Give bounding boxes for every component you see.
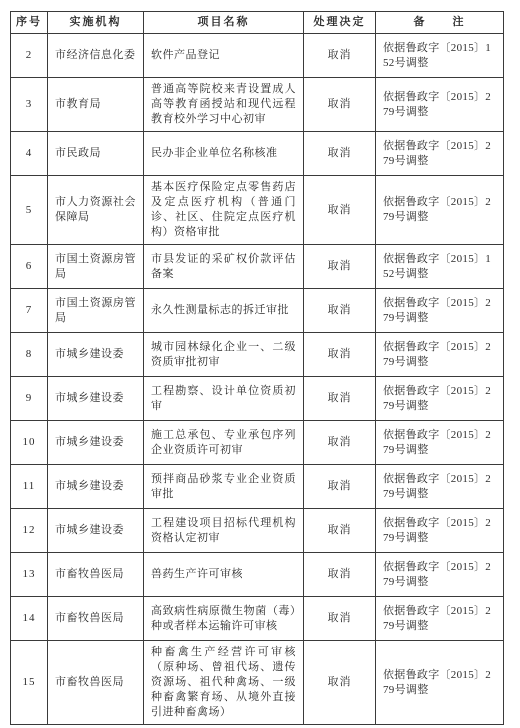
cell-remark: 依据鲁政字〔2015〕279号调整 [376,465,504,509]
cell-index: 10 [11,421,48,465]
cell-index: 5 [11,176,48,245]
col-header-project: 项目名称 [144,12,304,34]
cell-decision: 取消 [304,509,376,553]
cell-project: 市县发证的采矿权价款评估备案 [144,245,304,289]
cell-index: 7 [11,289,48,333]
cell-project: 施工总承包、专业承包序列企业资质许可初审 [144,421,304,465]
cell-index: 14 [11,597,48,641]
cell-index: 4 [11,132,48,176]
cell-index: 12 [11,509,48,553]
col-header-agency: 实施机构 [48,12,144,34]
cell-project: 基本医疗保险定点零售药店及定点医疗机构（普通门诊、社区、住院定点医疗机构）资格审… [144,176,304,245]
cell-remark: 依据鲁政字〔2015〕279号调整 [376,78,504,132]
cell-remark: 依据鲁政字〔2015〕279号调整 [376,597,504,641]
cell-index: 13 [11,553,48,597]
cell-agency: 市国土资源房管局 [48,289,144,333]
cell-agency: 市畜牧兽医局 [48,597,144,641]
cell-agency: 市畜牧兽医局 [48,641,144,725]
cell-agency: 市城乡建设委 [48,509,144,553]
cell-index: 11 [11,465,48,509]
cell-decision: 取消 [304,176,376,245]
cell-decision: 取消 [304,641,376,725]
cell-decision: 取消 [304,289,376,333]
cell-project: 高致病性病原微生物菌（毒）种或者样本运输许可审核 [144,597,304,641]
table-row: 7 市国土资源房管局 永久性测量标志的拆迁审批 取消 依据鲁政字〔2015〕27… [11,289,504,333]
cell-project: 城市园林绿化企业一、二级资质审批初审 [144,333,304,377]
table-row: 10 市城乡建设委 施工总承包、专业承包序列企业资质许可初审 取消 依据鲁政字〔… [11,421,504,465]
table-row: 6 市国土资源房管局 市县发证的采矿权价款评估备案 取消 依据鲁政字〔2015〕… [11,245,504,289]
document-page: 序号 实施机构 项目名称 处理决定 备 注 2 市经济信息化委 软件产品登记 取… [0,0,520,728]
cell-decision: 取消 [304,377,376,421]
cell-decision: 取消 [304,34,376,78]
cell-agency: 市城乡建设委 [48,333,144,377]
cell-remark: 依据鲁政字〔2015〕279号调整 [376,421,504,465]
cell-decision: 取消 [304,132,376,176]
cell-agency: 市畜牧兽医局 [48,553,144,597]
cell-decision: 取消 [304,465,376,509]
cell-project: 软件产品登记 [144,34,304,78]
cell-agency: 市民政局 [48,132,144,176]
cell-project: 种畜禽生产经营许可审核（原种场、曾祖代场、遗传资源场、祖代种禽场、一级种畜禽繁育… [144,641,304,725]
table-row: 3 市教育局 普通高等院校来青设置成人高等教育函授站和现代远程教育校外学习中心初… [11,78,504,132]
cell-index: 8 [11,333,48,377]
cell-decision: 取消 [304,333,376,377]
cell-decision: 取消 [304,421,376,465]
cell-agency: 市人力资源社会保障局 [48,176,144,245]
cell-remark: 依据鲁政字〔2015〕279号调整 [376,333,504,377]
cell-project: 工程勘察、设计单位资质初审 [144,377,304,421]
cell-project: 永久性测量标志的拆迁审批 [144,289,304,333]
cell-project: 工程建设项目招标代理机构资格认定初审 [144,509,304,553]
cell-agency: 市国土资源房管局 [48,245,144,289]
cell-remark: 依据鲁政字〔2015〕152号调整 [376,34,504,78]
cell-project: 预拌商品砂浆专业企业资质审批 [144,465,304,509]
cell-remark: 依据鲁政字〔2015〕279号调整 [376,553,504,597]
cell-project: 民办非企业单位名称核准 [144,132,304,176]
approval-items-table: 序号 实施机构 项目名称 处理决定 备 注 2 市经济信息化委 软件产品登记 取… [10,11,504,725]
table-header: 序号 实施机构 项目名称 处理决定 备 注 [11,12,504,34]
cell-agency: 市城乡建设委 [48,377,144,421]
col-header-index: 序号 [11,12,48,34]
table-row: 12 市城乡建设委 工程建设项目招标代理机构资格认定初审 取消 依据鲁政字〔20… [11,509,504,553]
table-row: 15 市畜牧兽医局 种畜禽生产经营许可审核（原种场、曾祖代场、遗传资源场、祖代种… [11,641,504,725]
cell-remark: 依据鲁政字〔2015〕279号调整 [376,641,504,725]
cell-remark: 依据鲁政字〔2015〕152号调整 [376,245,504,289]
cell-index: 9 [11,377,48,421]
table-row: 14 市畜牧兽医局 高致病性病原微生物菌（毒）种或者样本运输许可审核 取消 依据… [11,597,504,641]
cell-agency: 市城乡建设委 [48,421,144,465]
cell-agency: 市经济信息化委 [48,34,144,78]
cell-remark: 依据鲁政字〔2015〕279号调整 [376,377,504,421]
cell-decision: 取消 [304,553,376,597]
cell-agency: 市教育局 [48,78,144,132]
cell-index: 3 [11,78,48,132]
table-row: 5 市人力资源社会保障局 基本医疗保险定点零售药店及定点医疗机构（普通门诊、社区… [11,176,504,245]
table-row: 13 市畜牧兽医局 兽药生产许可审核 取消 依据鲁政字〔2015〕279号调整 [11,553,504,597]
cell-remark: 依据鲁政字〔2015〕279号调整 [376,176,504,245]
cell-remark: 依据鲁政字〔2015〕279号调整 [376,132,504,176]
cell-index: 15 [11,641,48,725]
cell-project: 兽药生产许可审核 [144,553,304,597]
col-header-remark: 备 注 [376,12,504,34]
cell-decision: 取消 [304,597,376,641]
table-body: 2 市经济信息化委 软件产品登记 取消 依据鲁政字〔2015〕152号调整 3 … [11,34,504,725]
cell-agency: 市城乡建设委 [48,465,144,509]
table-row: 8 市城乡建设委 城市园林绿化企业一、二级资质审批初审 取消 依据鲁政字〔201… [11,333,504,377]
table-row: 2 市经济信息化委 软件产品登记 取消 依据鲁政字〔2015〕152号调整 [11,34,504,78]
header-row: 序号 实施机构 项目名称 处理决定 备 注 [11,12,504,34]
cell-decision: 取消 [304,78,376,132]
cell-remark: 依据鲁政字〔2015〕279号调整 [376,509,504,553]
cell-index: 2 [11,34,48,78]
cell-decision: 取消 [304,245,376,289]
col-header-decision: 处理决定 [304,12,376,34]
table-row: 4 市民政局 民办非企业单位名称核准 取消 依据鲁政字〔2015〕279号调整 [11,132,504,176]
cell-remark: 依据鲁政字〔2015〕279号调整 [376,289,504,333]
table-row: 9 市城乡建设委 工程勘察、设计单位资质初审 取消 依据鲁政字〔2015〕279… [11,377,504,421]
cell-index: 6 [11,245,48,289]
cell-project: 普通高等院校来青设置成人高等教育函授站和现代远程教育校外学习中心初审 [144,78,304,132]
table-row: 11 市城乡建设委 预拌商品砂浆专业企业资质审批 取消 依据鲁政字〔2015〕2… [11,465,504,509]
